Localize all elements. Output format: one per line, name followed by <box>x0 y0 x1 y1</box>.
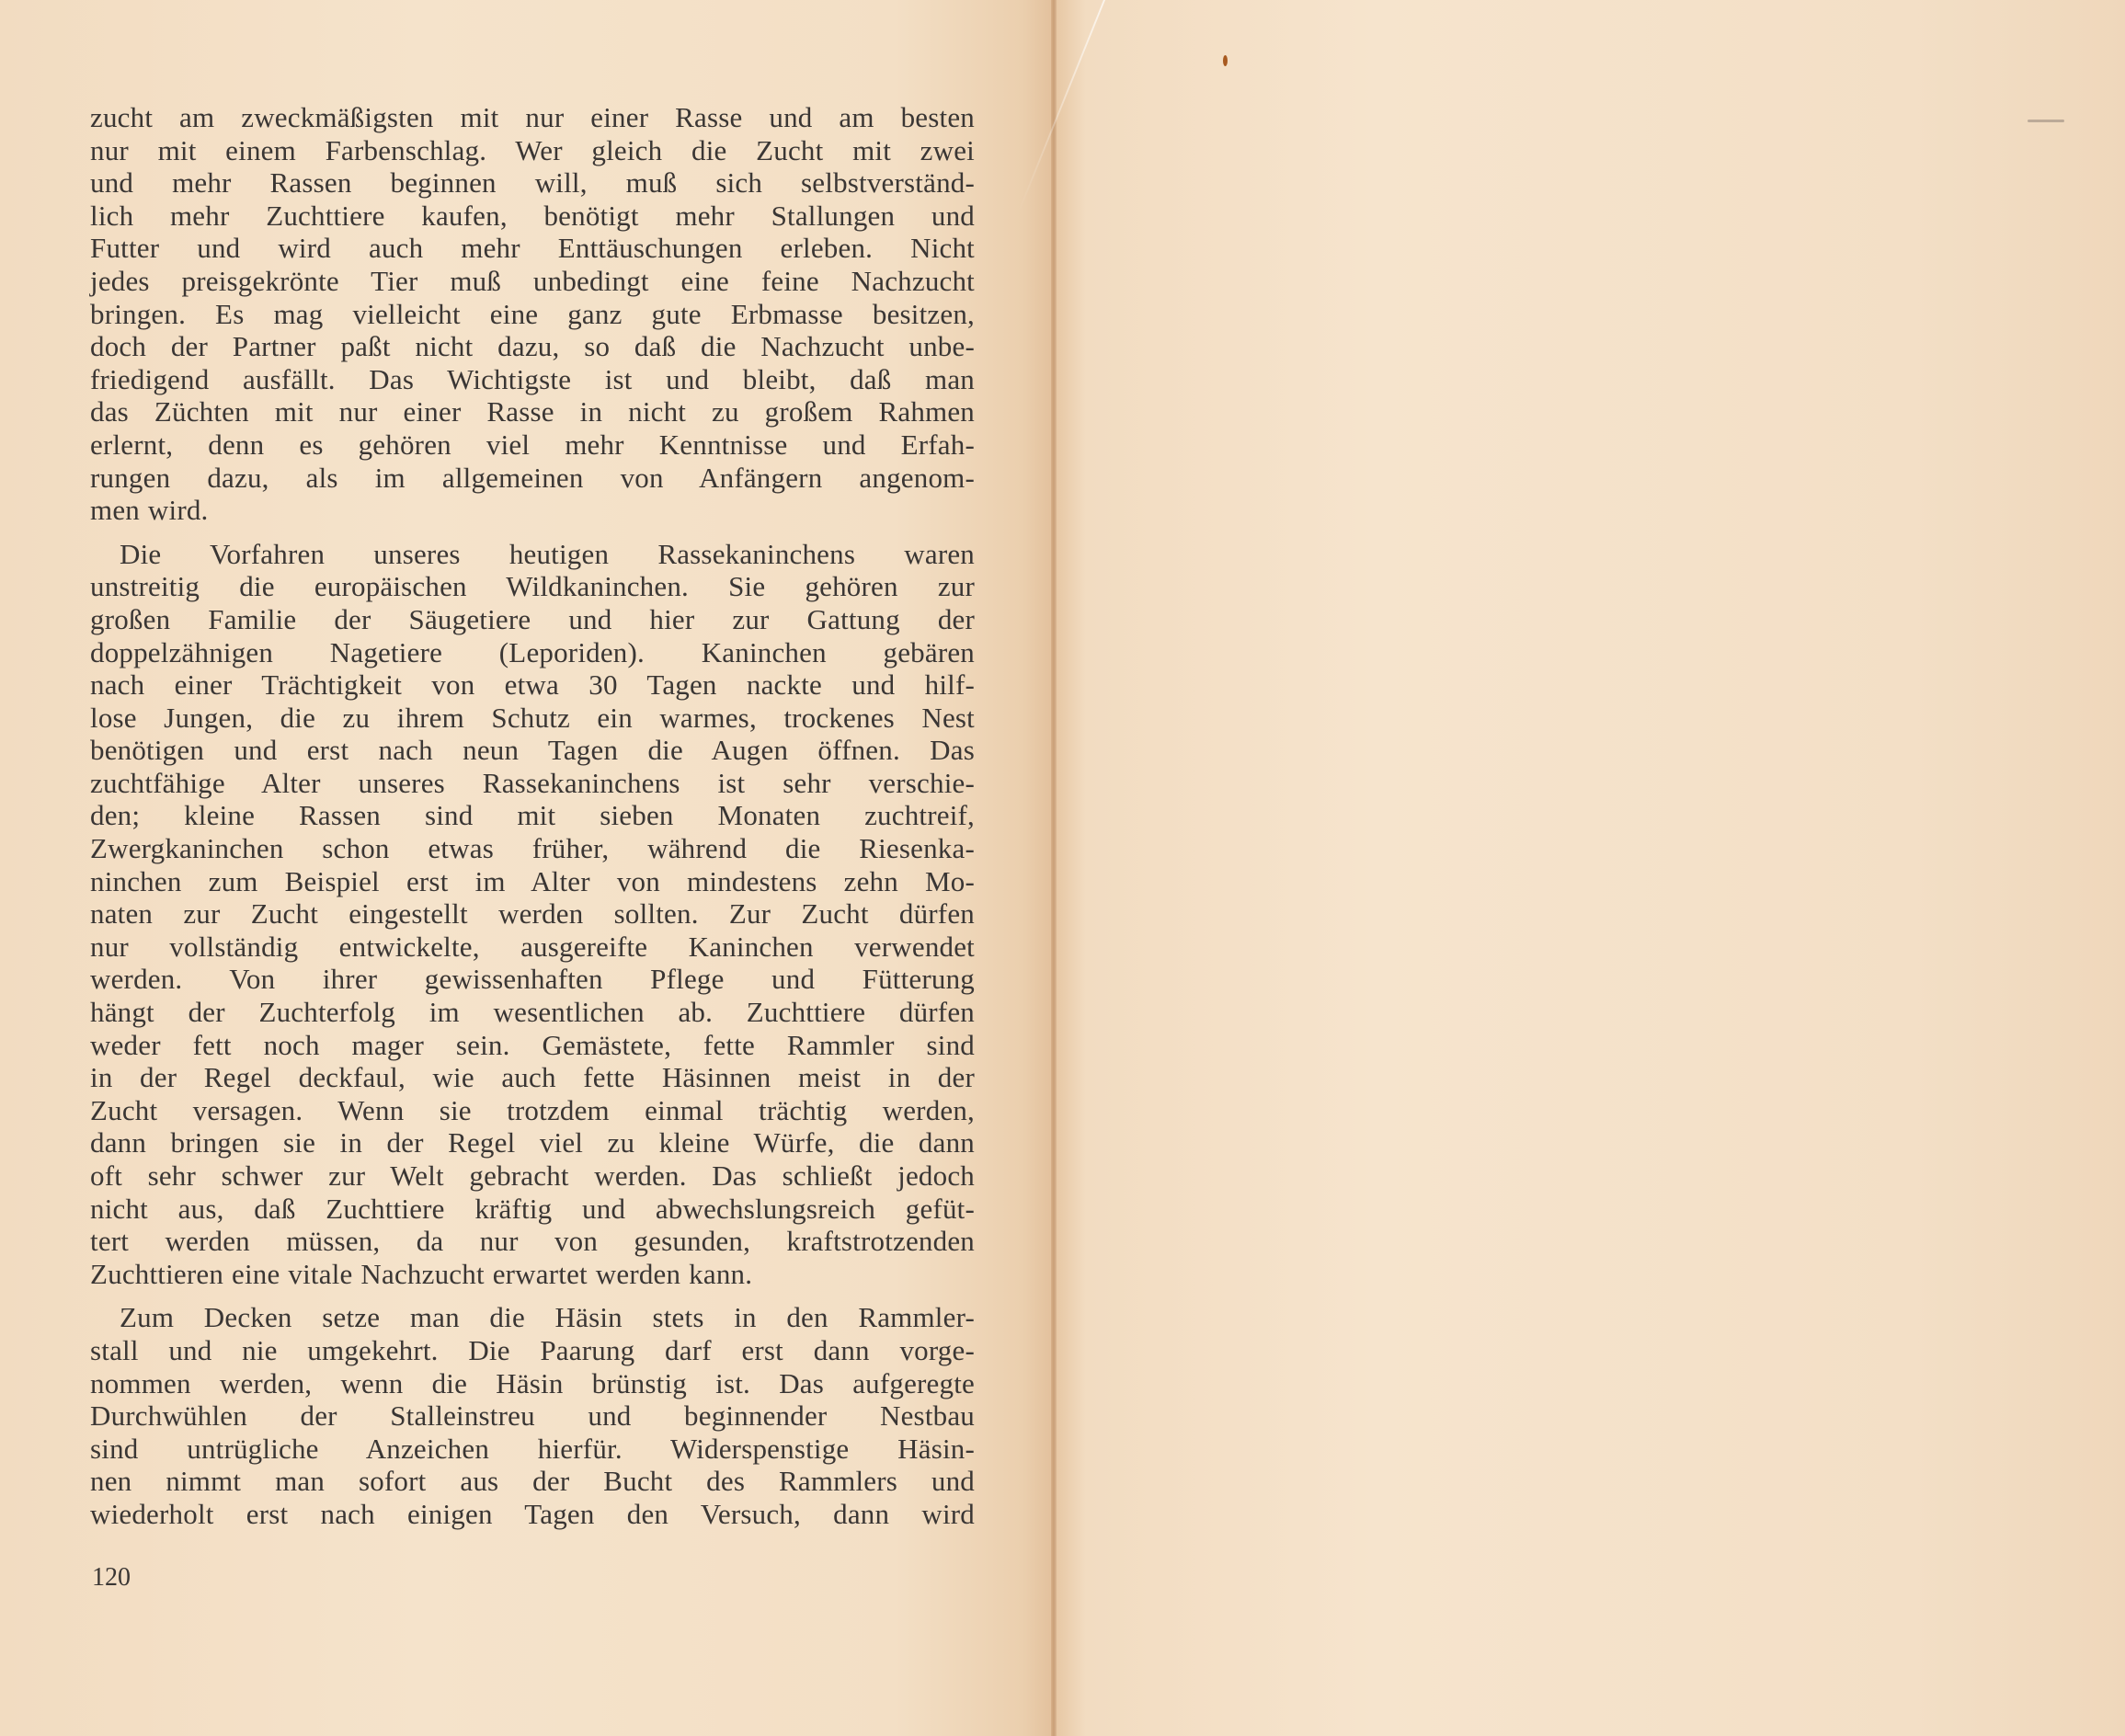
text-line: doch der Partner paßt nicht dazu, so daß… <box>90 330 975 363</box>
left-page: zucht am zweckmäßigsten mit nur einer Ra… <box>0 0 1054 1736</box>
text-line: nur vollständig entwickelte, ausgereifte… <box>90 931 975 964</box>
text-line: nommen werden, wenn die Häsin brünstig i… <box>90 1367 975 1400</box>
text-line: lose Jungen, die zu ihrem Schutz ein war… <box>90 702 975 735</box>
text-line: unstreitig die europäischen Wildkaninche… <box>90 570 975 603</box>
text-line: hängt der Zuchterfolg im wesentlichen ab… <box>90 996 975 1029</box>
pencil-smudge-mark <box>2028 120 2064 122</box>
text-line: großen Familie der Säugetiere und hier z… <box>90 603 975 636</box>
text-line: rungen dazu, als im allgemeinen von Anfä… <box>90 462 975 495</box>
text-line: zucht am zweckmäßigsten mit nur einer Ra… <box>90 101 975 134</box>
text-line: den; kleine Rassen sind mit sieben Monat… <box>90 799 975 832</box>
text-line: nur mit einem Farbenschlag. Wer gleich d… <box>90 134 975 167</box>
text-line: lich mehr Zuchttiere kaufen, benötigt me… <box>90 200 975 233</box>
ink-stain-mark <box>1223 55 1228 66</box>
text-line: benötigen und erst nach neun Tagen die A… <box>90 734 975 767</box>
text-line: oft sehr schwer zur Welt gebracht werden… <box>90 1159 975 1193</box>
right-page: sie sich in den meisten Fällen decken la… <box>1054 0 2125 1736</box>
text-line: wiederholt erst nach einigen Tagen den V… <box>90 1498 975 1531</box>
paragraph: zucht am zweckmäßigsten mit nur einer Ra… <box>90 101 975 527</box>
text-line: naten zur Zucht eingestellt werden sollt… <box>90 897 975 931</box>
text-line: men wird. <box>90 494 975 527</box>
text-line: zuchtfähige Alter unseres Rassekaninchen… <box>90 767 975 800</box>
left-page-text-column: zucht am zweckmäßigsten mit nur einer Ra… <box>90 101 975 1542</box>
text-line: in der Regel deckfaul, wie auch fette Hä… <box>90 1061 975 1094</box>
book-gutter <box>1051 0 1057 1736</box>
text-line: dann bringen sie in der Regel viel zu kl… <box>90 1126 975 1159</box>
text-line: Zucht versagen. Wenn sie trotzdem einmal… <box>90 1094 975 1127</box>
text-line: bringen. Es mag vielleicht eine ganz gut… <box>90 298 975 331</box>
text-line: Zuchttieren eine vitale Nachzucht erwart… <box>90 1258 975 1291</box>
text-line: jedes preisgekrönte Tier muß unbedingt e… <box>90 265 975 298</box>
paragraph: Die Vorfahren unseres heutigen Rassekani… <box>90 538 975 1291</box>
book-spread: zucht am zweckmäßigsten mit nur einer Ra… <box>0 0 2125 1736</box>
text-line: friedigend ausfällt. Das Wichtigste ist … <box>90 363 975 396</box>
text-line: tert werden müssen, da nur von gesunden,… <box>90 1225 975 1258</box>
text-line: das Züchten mit nur einer Rasse in nicht… <box>90 395 975 428</box>
text-line: Futter und wird auch mehr Enttäuschungen… <box>90 232 975 265</box>
text-line: nach einer Trächtigkeit von etwa 30 Tage… <box>90 668 975 702</box>
text-line: ninchen zum Beispiel erst im Alter von m… <box>90 865 975 898</box>
text-line: nicht aus, daß Zuchttiere kräftig und ab… <box>90 1193 975 1226</box>
text-line: stall und nie umgekehrt. Die Paarung dar… <box>90 1334 975 1367</box>
left-page-number: 120 <box>92 1563 131 1593</box>
text-line: doppelzähnigen Nagetiere (Leporiden). Ka… <box>90 636 975 669</box>
text-line: erlernt, denn es gehören viel mehr Kennt… <box>90 428 975 462</box>
text-line: weder fett noch mager sein. Gemästete, f… <box>90 1029 975 1062</box>
text-line: sind untrügliche Anzeichen hierfür. Wide… <box>90 1433 975 1466</box>
text-line: und mehr Rassen beginnen will, muß sich … <box>90 166 975 200</box>
text-line: nen nimmt man sofort aus der Bucht des R… <box>90 1465 975 1498</box>
paragraph: Zum Decken setze man die Häsin stets in … <box>90 1301 975 1530</box>
text-line: werden. Von ihrer gewissenhaften Pflege … <box>90 963 975 996</box>
text-line: Zum Decken setze man die Häsin stets in … <box>90 1301 975 1334</box>
text-line: Die Vorfahren unseres heutigen Rassekani… <box>90 538 975 571</box>
text-line: Durchwühlen der Stalleinstreu und beginn… <box>90 1399 975 1433</box>
text-line: Zwergkaninchen schon etwas früher, währe… <box>90 832 975 865</box>
